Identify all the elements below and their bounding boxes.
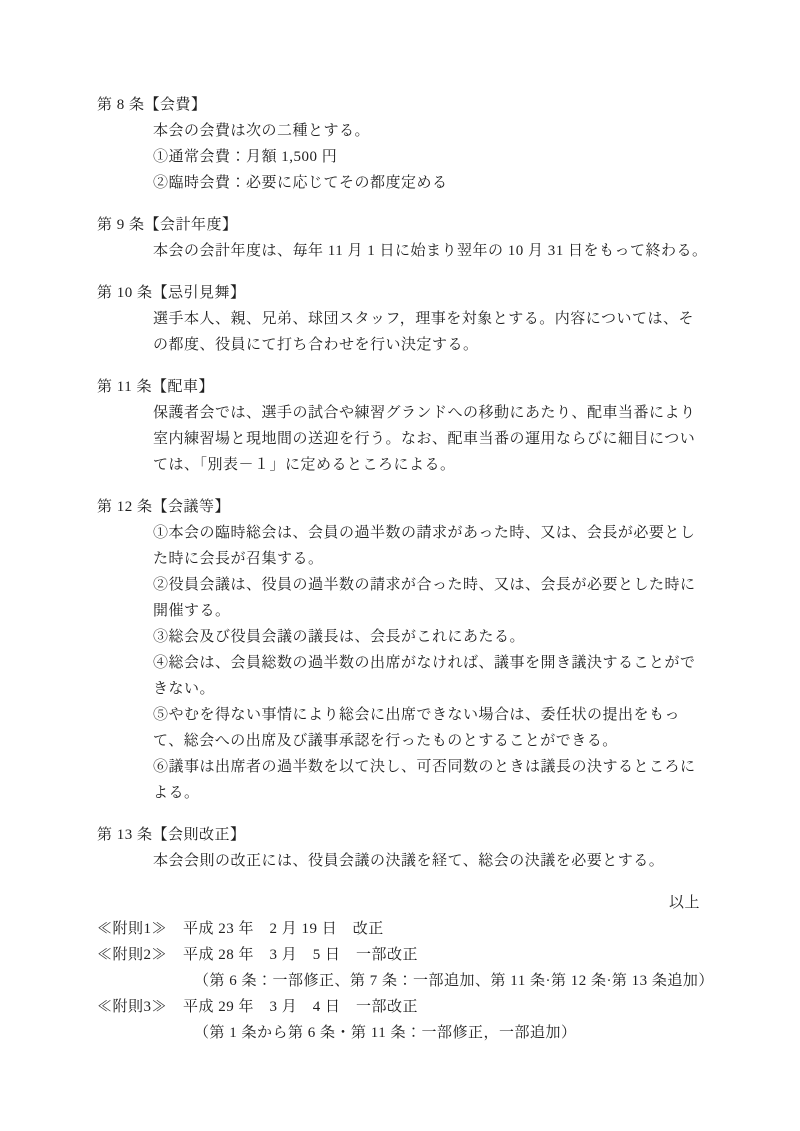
article-line: 本会の会計年度は、毎年 11 月 1 日に始まり翌年の 10 月 31 日をもっ… xyxy=(153,238,702,264)
article-line: ②役員会議は、役員の過半数の請求が合った時、又は、会長が必要とした時に xyxy=(153,572,702,598)
article-line: ①本会の臨時総会は、会員の過半数の請求があった時、又は、会長が必要とし xyxy=(153,520,702,546)
article-heading: 第 8 条【会費】 xyxy=(97,92,702,118)
article-line: ②臨時会費：必要に応じてその都度定める xyxy=(153,170,702,196)
article-body: 本会の会費は次の二種とする。 ①通常会費：月額 1,500 円 ②臨時会費：必要… xyxy=(153,118,702,196)
article-line: の都度、役員にて打ち合わせを行い決定する。 xyxy=(153,332,702,358)
article-body: 選手本人、親、兄弟、球団スタッフ，理事を対象とする。内容については、そ の都度、… xyxy=(153,306,702,358)
article-body: ①本会の臨時総会は、会員の過半数の請求があった時、又は、会長が必要とし た時に会… xyxy=(153,520,702,806)
article-line: 本会会則の改正には、役員会議の決議を経て、総会の決議を必要とする。 xyxy=(153,848,702,874)
article-10: 第 10 条【忌引見舞】 選手本人、親、兄弟、球団スタッフ，理事を対象とする。内… xyxy=(97,280,702,358)
appendix-row: ≪附則1≫平成 23 年 2 月 19 日 改正 xyxy=(97,916,702,942)
article-line: ⑤やむを得ない事情により総会に出席できない場合は、委任状の提出をもっ xyxy=(153,702,702,728)
article-line: ⑥議事は出席者の過半数を以て決し、可否同数のときは議長の決するところに xyxy=(153,754,702,780)
appendix-date: 平成 28 年 3 月 5 日 一部改正 xyxy=(183,947,418,963)
appendix-date: 平成 29 年 3 月 4 日 一部改正 xyxy=(183,999,418,1015)
article-line: ④総会は、会員総数の過半数の出席がなければ、議事を開き議決することがで xyxy=(153,650,702,676)
appendix-date: 平成 23 年 2 月 19 日 改正 xyxy=(183,921,384,937)
article-line: ては、「別表－１」に定めるところによる。 xyxy=(153,452,702,478)
article-heading: 第 12 条【会議等】 xyxy=(97,494,702,520)
appendix-note: （第 6 条：一部修正、第 7 条：一部追加、第 11 条·第 12 条·第 1… xyxy=(194,968,702,994)
article-heading: 第 10 条【忌引見舞】 xyxy=(97,280,702,306)
article-line: た時に会長が召集する。 xyxy=(153,546,702,572)
closing-text: 以上 xyxy=(97,890,702,916)
article-11: 第 11 条【配車】 保護者会では、選手の試合や練習グランドへの移動にあたり、配… xyxy=(97,374,702,478)
appendix-label: ≪附則1≫ xyxy=(97,916,183,942)
article-body: 保護者会では、選手の試合や練習グランドへの移動にあたり、配車当番により 室内練習… xyxy=(153,400,702,478)
article-line: よる。 xyxy=(153,780,702,806)
appendix-label: ≪附則2≫ xyxy=(97,942,183,968)
article-heading: 第 9 条【会計年度】 xyxy=(97,212,702,238)
article-line: 選手本人、親、兄弟、球団スタッフ，理事を対象とする。内容については、そ xyxy=(153,306,702,332)
article-line: 保護者会では、選手の試合や練習グランドへの移動にあたり、配車当番により xyxy=(153,400,702,426)
article-line: きない。 xyxy=(153,676,702,702)
article-line: ③総会及び役員会議の議長は、会長がこれにあたる。 xyxy=(153,624,702,650)
article-heading: 第 13 条【会則改正】 xyxy=(97,822,702,848)
appendix-row: ≪附則3≫平成 29 年 3 月 4 日 一部改正 xyxy=(97,994,702,1020)
appendix-label: ≪附則3≫ xyxy=(97,994,183,1020)
article-line: ①通常会費：月額 1,500 円 xyxy=(153,144,702,170)
article-13: 第 13 条【会則改正】 本会会則の改正には、役員会議の決議を経て、総会の決議を… xyxy=(97,822,702,874)
article-line: 本会の会費は次の二種とする。 xyxy=(153,118,702,144)
article-body: 本会会則の改正には、役員会議の決議を経て、総会の決議を必要とする。 xyxy=(153,848,702,874)
article-line: 室内練習場と現地間の送迎を行う。なお、配車当番の運用ならびに細目につい xyxy=(153,426,702,452)
article-9: 第 9 条【会計年度】 本会の会計年度は、毎年 11 月 1 日に始まり翌年の … xyxy=(97,212,702,264)
article-heading: 第 11 条【配車】 xyxy=(97,374,702,400)
document-page: 第 8 条【会費】 本会の会費は次の二種とする。 ①通常会費：月額 1,500 … xyxy=(0,0,800,1131)
article-line: 開催する。 xyxy=(153,598,702,624)
article-12: 第 12 条【会議等】 ①本会の臨時総会は、会員の過半数の請求があった時、又は、… xyxy=(97,494,702,806)
appendix-note: （第 1 条から第 6 条・第 11 条：一部修正，一部追加） xyxy=(194,1020,702,1046)
appendix-section: ≪附則1≫平成 23 年 2 月 19 日 改正 ≪附則2≫平成 28 年 3 … xyxy=(97,916,702,1046)
article-body: 本会の会計年度は、毎年 11 月 1 日に始まり翌年の 10 月 31 日をもっ… xyxy=(153,238,702,264)
article-line: て、総会への出席及び議事承認を行ったものとすることができる。 xyxy=(153,728,702,754)
appendix-row: ≪附則2≫平成 28 年 3 月 5 日 一部改正 xyxy=(97,942,702,968)
article-8: 第 8 条【会費】 本会の会費は次の二種とする。 ①通常会費：月額 1,500 … xyxy=(97,92,702,196)
